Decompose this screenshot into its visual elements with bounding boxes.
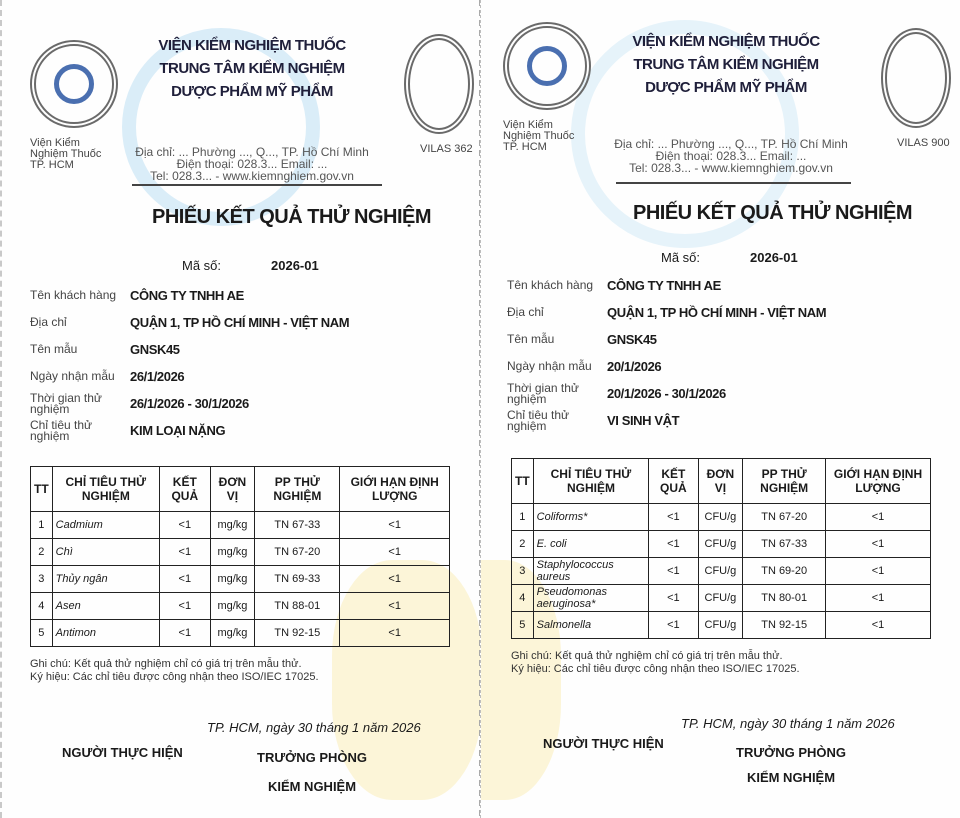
table-row: 4Asen<1mg/kgTN 88-01<1 [31, 593, 450, 620]
notes: Ghi chú: Kết quả thử nghiệm chỉ có giá t… [30, 658, 450, 684]
notes: Ghi chú: Kết quả thử nghiệm chỉ có giá t… [511, 650, 931, 676]
table-cell: CFU/g [698, 585, 743, 612]
table-cell: Asen [52, 593, 159, 620]
table-cell: Chì [52, 539, 159, 566]
table-cell: <1 [340, 539, 450, 566]
info-row: Chỉ tiêu thử nghiệmKIM LOẠI NẶNG [30, 417, 349, 444]
table-row: 5Salmonella<1CFU/gTN 92-15<1 [512, 612, 931, 639]
table-cell: Thủy ngân [52, 566, 159, 593]
sample-info: Tên khách hàngCÔNG TY TNHH AE Địa chỉQUẬ… [30, 282, 349, 444]
info-row: Địa chỉQUẬN 1, TP HỒ CHÍ MINH - VIỆT NAM [507, 299, 826, 326]
organization-name: VIỆN KIỂM NGHIỆM THUỐC TRUNG TÂM KIỂM NG… [102, 34, 402, 103]
info-row: Ngày nhận mẫu20/1/2026 [507, 353, 826, 380]
table-row: 2Chì<1mg/kgTN 67-20<1 [31, 539, 450, 566]
info-row: Thời gian thử nghiệm20/1/2026 - 30/1/202… [507, 380, 826, 407]
column-header: PP THỬ NGHIỆM [255, 467, 340, 512]
column-header: CHỈ TIÊU THỬ NGHIỆM [533, 459, 649, 504]
table-cell: E. coli [533, 531, 649, 558]
column-header: ĐƠN VỊ [698, 459, 743, 504]
table-cell: Cadmium [52, 512, 159, 539]
report-code: Mã số:2026-01 [182, 258, 319, 273]
table-cell: Coliforms* [533, 504, 649, 531]
table-cell: TN 67-33 [743, 531, 826, 558]
table-cell: <1 [159, 593, 210, 620]
table-cell: Staphylococcus aureus [533, 558, 649, 585]
table-row: 3Thủy ngân<1mg/kgTN 69-33<1 [31, 566, 450, 593]
info-row: Tên mẫuGNSK45 [30, 336, 349, 363]
report-title: PHIẾU KẾT QUẢ THỬ NGHIỆM [152, 206, 431, 229]
table-cell: <1 [159, 512, 210, 539]
table-row: 1Coliforms*<1CFU/gTN 67-20<1 [512, 504, 931, 531]
table-cell: <1 [649, 531, 698, 558]
table-cell: TN 67-33 [255, 512, 340, 539]
table-cell: TN 88-01 [255, 593, 340, 620]
header-rule [132, 184, 382, 186]
logo-caption: Viện Kiểm Nghiệm Thuốc TP. HCM [503, 120, 603, 153]
table-cell: TN 69-33 [255, 566, 340, 593]
institute-logo: Viện Kiểm Nghiệm Thuốc TP. HCM [503, 22, 591, 110]
table-cell: TN 69-20 [743, 558, 826, 585]
info-row: Tên khách hàngCÔNG TY TNHH AE [30, 282, 349, 309]
table-cell: Antimon [52, 620, 159, 647]
results-table: TTCHỈ TIÊU THỬ NGHIỆMKẾT QUẢĐƠN VỊPP THỬ… [30, 466, 450, 647]
header-rule [616, 182, 851, 184]
table-row: 5Antimon<1mg/kgTN 92-15<1 [31, 620, 450, 647]
table-cell: TN 80-01 [743, 585, 826, 612]
table-cell: CFU/g [698, 531, 743, 558]
table-cell: <1 [826, 504, 931, 531]
table-cell: mg/kg [210, 620, 255, 647]
table-row: 4Pseudomonas aeruginosa*<1CFU/gTN 80-01<… [512, 585, 931, 612]
place-date: TP. HCM, ngày 30 tháng 1 năm 2026 [207, 720, 421, 735]
table-cell: 3 [31, 566, 53, 593]
logo-emblem-icon [54, 64, 94, 104]
table-cell: CFU/g [698, 612, 743, 639]
address-block: Địa chỉ: ... Phường ..., Q..., TP. Hồ Ch… [122, 146, 382, 182]
column-header: KẾT QUẢ [649, 459, 698, 504]
table-cell: <1 [159, 539, 210, 566]
table-cell: 5 [31, 620, 53, 647]
table-cell: <1 [159, 566, 210, 593]
column-header: CHỈ TIÊU THỬ NGHIỆM [52, 467, 159, 512]
info-row: Tên khách hàngCÔNG TY TNHH AE [507, 272, 826, 299]
table-cell: CFU/g [698, 558, 743, 585]
table-cell: 4 [512, 585, 534, 612]
table-cell: <1 [340, 512, 450, 539]
column-header: GIỚI HẠN ĐỊNH LƯỢNG [826, 459, 931, 504]
column-header: KẾT QUẢ [159, 467, 210, 512]
table-cell: mg/kg [210, 512, 255, 539]
table-cell: <1 [649, 558, 698, 585]
table-cell: 2 [31, 539, 53, 566]
signature-head: TRƯỞNG PHÒNG KIỂM NGHIỆM [247, 750, 377, 794]
info-row: Chỉ tiêu thử nghiệmVI SINH VẬT [507, 407, 826, 434]
sample-info: Tên khách hàngCÔNG TY TNHH AE Địa chỉQUẬ… [507, 272, 826, 434]
report-page-2: Viện Kiểm Nghiệm Thuốc TP. HCM VIỆN KIỂM… [480, 0, 960, 818]
table-header-row: TTCHỈ TIÊU THỬ NGHIỆMKẾT QUẢĐƠN VỊPP THỬ… [512, 459, 931, 504]
signature-performer: NGƯỜI THỰC HIỆN [543, 736, 664, 751]
table-cell: <1 [826, 558, 931, 585]
logo-caption: Viện Kiểm Nghiệm Thuốc TP. HCM [30, 138, 130, 171]
table-cell: CFU/g [698, 504, 743, 531]
column-header: GIỚI HẠN ĐỊNH LƯỢNG [340, 467, 450, 512]
table-row: 2E. coli<1CFU/gTN 67-33<1 [512, 531, 931, 558]
vilas-stamp: VILAS 900 [881, 28, 951, 128]
table-header-row: TTCHỈ TIÊU THỬ NGHIỆMKẾT QUẢĐƠN VỊPP THỬ… [31, 467, 450, 512]
address-block: Địa chỉ: ... Phường ..., Q..., TP. Hồ Ch… [601, 138, 861, 174]
organization-name: VIỆN KIỂM NGHIỆM THUỐC TRUNG TÂM KIỂM NG… [581, 30, 871, 99]
table-cell: 1 [512, 504, 534, 531]
vilas-stamp: VILAS 362 [404, 34, 474, 134]
table-cell: mg/kg [210, 566, 255, 593]
report-code: Mã số:2026-01 [661, 250, 798, 265]
table-cell: <1 [826, 531, 931, 558]
results-table: TTCHỈ TIÊU THỬ NGHIỆMKẾT QUẢĐƠN VỊPP THỬ… [511, 458, 931, 639]
table-cell: 4 [31, 593, 53, 620]
info-row: Thời gian thử nghiệm26/1/2026 - 30/1/202… [30, 390, 349, 417]
report-title: PHIẾU KẾT QUẢ THỬ NGHIỆM [633, 202, 912, 225]
info-row: Ngày nhận mẫu26/1/2026 [30, 363, 349, 390]
logo-emblem-icon [527, 46, 567, 86]
column-header: PP THỬ NGHIỆM [743, 459, 826, 504]
table-row: 3Staphylococcus aureus<1CFU/gTN 69-20<1 [512, 558, 931, 585]
table-cell: <1 [649, 585, 698, 612]
table-cell: TN 92-15 [255, 620, 340, 647]
table-cell: <1 [340, 593, 450, 620]
table-cell: Salmonella [533, 612, 649, 639]
column-header: ĐƠN VỊ [210, 467, 255, 512]
info-row: Địa chỉQUẬN 1, TP HỒ CHÍ MINH - VIỆT NAM [30, 309, 349, 336]
table-cell: mg/kg [210, 539, 255, 566]
table-cell: 2 [512, 531, 534, 558]
info-row: Tên mẫuGNSK45 [507, 326, 826, 353]
table-cell: TN 92-15 [743, 612, 826, 639]
table-cell: <1 [340, 566, 450, 593]
place-date: TP. HCM, ngày 30 tháng 1 năm 2026 [681, 716, 895, 731]
table-cell: <1 [649, 504, 698, 531]
table-cell: TN 67-20 [255, 539, 340, 566]
report-page-1: Viện Kiểm Nghiệm Thuốc TP. HCM VIỆN KIỂM… [0, 0, 480, 818]
table-cell: <1 [340, 620, 450, 647]
table-cell: TN 67-20 [743, 504, 826, 531]
table-cell: <1 [826, 585, 931, 612]
signature-performer: NGƯỜI THỰC HIỆN [62, 745, 183, 760]
table-cell: 3 [512, 558, 534, 585]
table-cell: <1 [159, 620, 210, 647]
table-cell: 5 [512, 612, 534, 639]
signature-head: TRƯỞNG PHÒNG KIỂM NGHIỆM [721, 745, 861, 785]
table-cell: Pseudomonas aeruginosa* [533, 585, 649, 612]
table-cell: <1 [649, 612, 698, 639]
column-header: TT [31, 467, 53, 512]
table-cell: 1 [31, 512, 53, 539]
column-header: TT [512, 459, 534, 504]
table-cell: <1 [826, 612, 931, 639]
table-cell: mg/kg [210, 593, 255, 620]
table-row: 1Cadmium<1mg/kgTN 67-33<1 [31, 512, 450, 539]
